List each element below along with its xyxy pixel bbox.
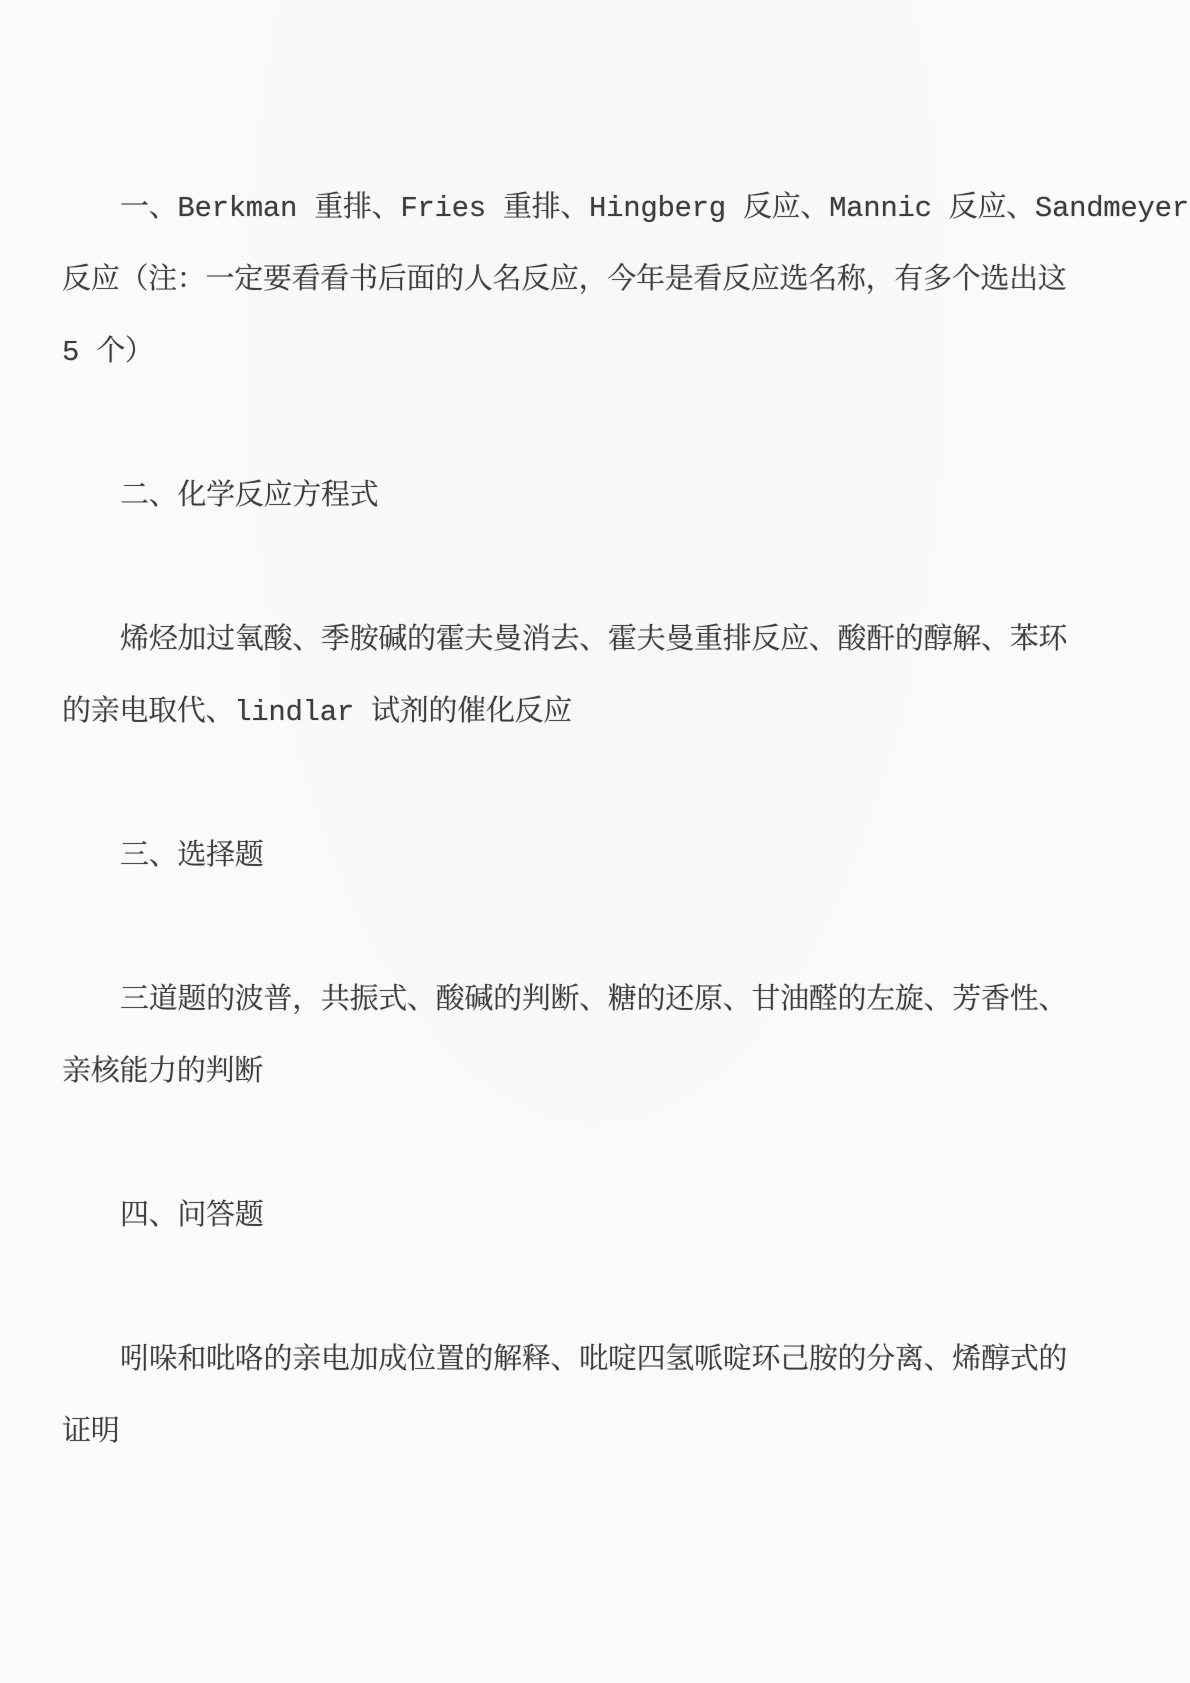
heading-line: 二、化学反应方程式 bbox=[62, 461, 1080, 533]
document-page: 一、Berkman 重排、Fries 重排、Hingberg 反应、Mannic… bbox=[0, 0, 1190, 1683]
section-1-name-reactions: 一、Berkman 重排、Fries 重排、Hingberg 反应、Mannic… bbox=[62, 173, 1080, 389]
text-line: 反应（注：一定要看看书后面的人名反应，今年是看反应选名称，有多个选出这 bbox=[62, 245, 1080, 317]
text-line: 吲哚和吡咯的亲电加成位置的解释、吡啶四氢哌啶环己胺的分离、烯醇式的 bbox=[62, 1325, 1080, 1397]
section-3-body: 三道题的波普，共振式、酸碱的判断、糖的还原、甘油醛的左旋、芳香性、 亲核能力的判… bbox=[62, 965, 1080, 1109]
text-line: 的亲电取代、lindlar 试剂的催化反应 bbox=[62, 677, 1080, 749]
text-line: 亲核能力的判断 bbox=[62, 1037, 1080, 1109]
text-line: 证明 bbox=[62, 1397, 1080, 1469]
section-2-heading: 二、化学反应方程式 bbox=[62, 461, 1080, 533]
heading-line: 三、选择题 bbox=[62, 821, 1080, 893]
heading-line: 四、问答题 bbox=[62, 1181, 1080, 1253]
section-2-body: 烯烃加过氧酸、季胺碱的霍夫曼消去、霍夫曼重排反应、酸酐的醇解、苯环 的亲电取代、… bbox=[62, 605, 1080, 749]
text-line: 烯烃加过氧酸、季胺碱的霍夫曼消去、霍夫曼重排反应、酸酐的醇解、苯环 bbox=[62, 605, 1080, 677]
section-4-body: 吲哚和吡咯的亲电加成位置的解释、吡啶四氢哌啶环己胺的分离、烯醇式的 证明 bbox=[62, 1325, 1080, 1469]
text-line: 三道题的波普，共振式、酸碱的判断、糖的还原、甘油醛的左旋、芳香性、 bbox=[62, 965, 1080, 1037]
text-line: 一、Berkman 重排、Fries 重排、Hingberg 反应、Mannic… bbox=[62, 173, 1080, 245]
text-line: 5 个） bbox=[62, 317, 1080, 389]
section-3-heading: 三、选择题 bbox=[62, 821, 1080, 893]
section-4-heading: 四、问答题 bbox=[62, 1181, 1080, 1253]
